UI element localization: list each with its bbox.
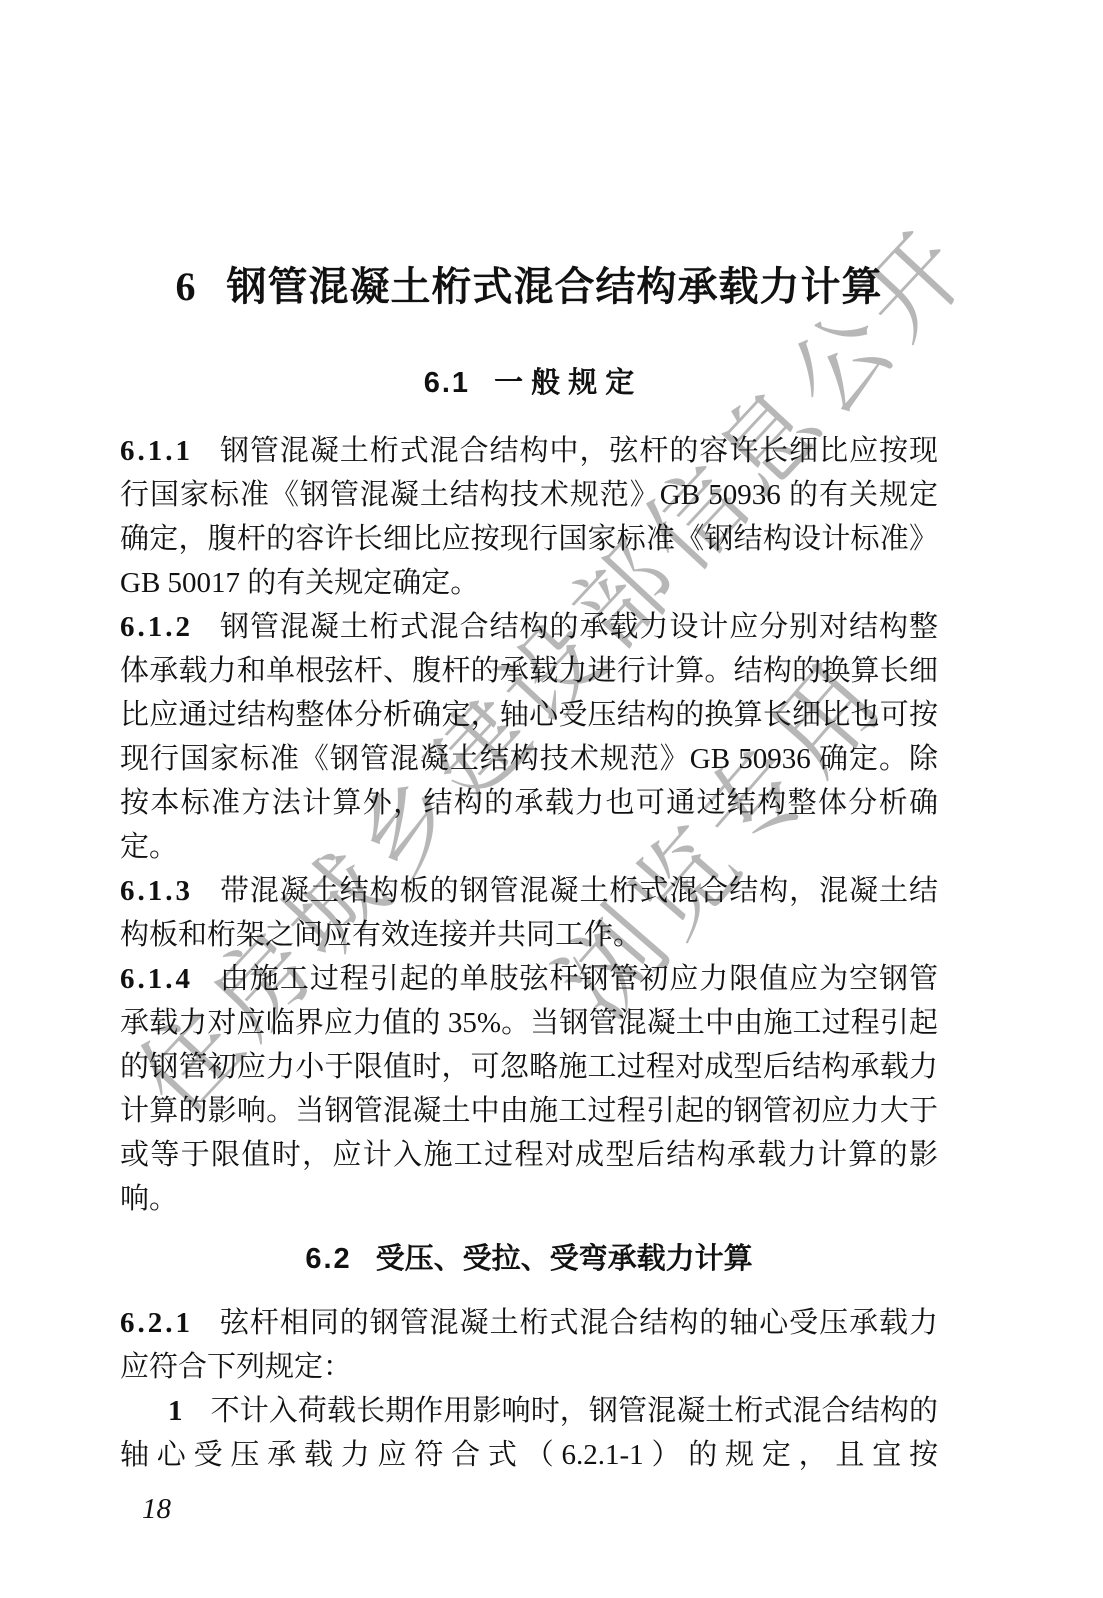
page-number: 18 xyxy=(142,1487,938,1531)
item-number-1: 1 xyxy=(168,1395,183,1427)
clause-text-6-2-1: 弦杆相同的钢管混凝土桁式混合结构的轴心受压承载力应符合下列规定： xyxy=(120,1307,938,1383)
clause-6-2-1: 6.2.1弦杆相同的钢管混凝土桁式混合结构的轴心受压承载力应符合下列规定： xyxy=(120,1301,938,1389)
clause-6-1-1: 6.1.1钢管混凝土桁式混合结构中，弦杆的容许长细比应按现行国家标准《钢管混凝土… xyxy=(120,429,938,605)
section-number-6-2: 6.2 xyxy=(305,1243,351,1275)
clause-6-1-3: 6.1.3带混凝土结构板的钢管混凝土桁式混合结构，混凝土结构板和桁架之间应有效连… xyxy=(120,869,938,957)
clause-text-6-1-4: 由施工过程引起的单肢弦杆钢管初应力限值应为空钢管承载力对应临界应力值的 35%。… xyxy=(120,963,938,1215)
clause-label-6-1-3: 6.1.3 xyxy=(120,875,193,907)
clause-text-6-1-3: 带混凝土结构板的钢管混凝土桁式混合结构，混凝土结构板和桁架之间应有效连接并共同工… xyxy=(120,875,938,951)
clause-label-6-1-1: 6.1.1 xyxy=(120,435,193,467)
item-text-1: 不计入荷载长期作用影响时，钢管混凝土桁式混合结构的轴心受压承载力应符合式（6.2… xyxy=(120,1395,938,1471)
clause-6-2-1-item-1: 1不计入荷载长期作用影响时，钢管混凝土桁式混合结构的轴心受压承载力应符合式（6.… xyxy=(120,1389,938,1477)
clause-label-6-1-2: 6.1.2 xyxy=(120,611,193,643)
clause-text-6-1-1: 钢管混凝土桁式混合结构中，弦杆的容许长细比应按现行国家标准《钢管混凝土结构技术规… xyxy=(120,435,938,599)
section-title-6-1: 一 般 规 定 xyxy=(494,367,634,399)
chapter-title: 钢管混凝土桁式混合结构承载力计算 xyxy=(227,264,883,309)
section-title-6-2: 受压、受拉、受弯承载力计算 xyxy=(376,1243,753,1275)
chapter-number: 6 xyxy=(176,264,197,309)
clause-6-1-2: 6.1.2钢管混凝土桁式混合结构的承载力设计应分别对结构整体承载力和单根弦杆、腹… xyxy=(120,605,938,869)
section-heading-6-2: 6.2受压、受拉、受弯承载力计算 xyxy=(120,1239,938,1279)
clause-label-6-2-1: 6.2.1 xyxy=(120,1307,193,1339)
chapter-heading: 6钢管混凝土桁式混合结构承载力计算 xyxy=(120,0,938,311)
section-number-6-1: 6.1 xyxy=(424,367,470,399)
clause-label-6-1-4: 6.1.4 xyxy=(120,963,193,995)
document-page: { "page": { "background": "#ffffff", "te… xyxy=(0,0,1103,1598)
clause-text-6-1-2: 钢管混凝土桁式混合结构的承载力设计应分别对结构整体承载力和单根弦杆、腹杆的承载力… xyxy=(120,611,938,863)
section-heading-6-1: 6.1一 般 规 定 xyxy=(120,363,938,403)
clause-6-1-4: 6.1.4由施工过程引起的单肢弦杆钢管初应力限值应为空钢管承载力对应临界应力值的… xyxy=(120,957,938,1221)
page-content: 6钢管混凝土桁式混合结构承载力计算 6.1一 般 规 定 6.1.1钢管混凝土桁… xyxy=(120,0,938,1531)
